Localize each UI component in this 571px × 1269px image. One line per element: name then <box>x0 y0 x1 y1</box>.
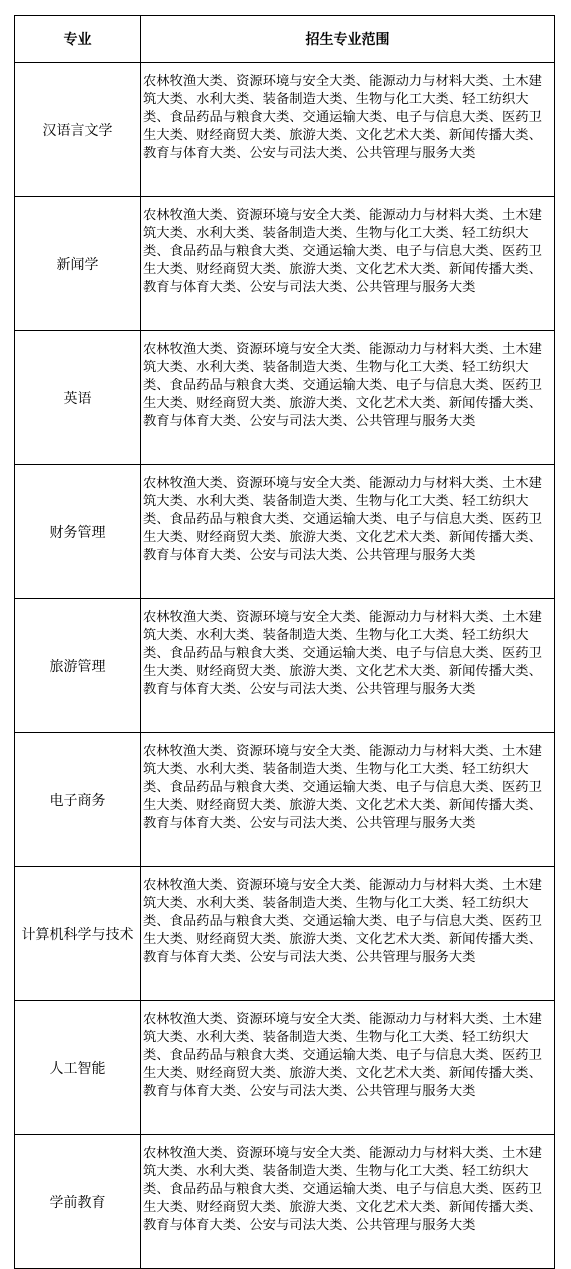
scope-cell: 农林牧渔大类、资源环境与安全大类、能源动力与材料大类、土木建筑大类、水利大类、装… <box>141 1001 555 1135</box>
table-row: 英语 农林牧渔大类、资源环境与安全大类、能源动力与材料大类、土木建筑大类、水利大… <box>15 331 555 465</box>
major-cell: 汉语言文学 <box>15 63 141 197</box>
table-row: 新闻学 农林牧渔大类、资源环境与安全大类、能源动力与材料大类、土木建筑大类、水利… <box>15 197 555 331</box>
header-scope: 招生专业范围 <box>141 16 555 63</box>
scope-cell: 农林牧渔大类、资源环境与安全大类、能源动力与材料大类、土木建筑大类、水利大类、装… <box>141 1135 555 1197</box>
scope-cell: 农林牧渔大类、资源环境与安全大类、能源动力与材料大类、土木建筑大类、水利大类、装… <box>141 599 555 733</box>
scope-cell: 农林牧渔大类、资源环境与安全大类、能源动力与材料大类、土木建筑大类、水利大类、装… <box>141 197 555 331</box>
enrollment-scope-table: 专业 招生专业范围 汉语言文学 农林牧渔大类、资源环境与安全大类、能源动力与材料… <box>14 15 555 1196</box>
scope-cell: 农林牧渔大类、资源环境与安全大类、能源动力与材料大类、土木建筑大类、水利大类、装… <box>141 63 555 197</box>
table-row: 财务管理 农林牧渔大类、资源环境与安全大类、能源动力与材料大类、土木建筑大类、水… <box>15 465 555 599</box>
scope-cell: 农林牧渔大类、资源环境与安全大类、能源动力与材料大类、土木建筑大类、水利大类、装… <box>141 733 555 867</box>
major-cell: 电子商务 <box>15 733 141 867</box>
major-cell: 英语 <box>15 331 141 465</box>
table-row: 旅游管理 农林牧渔大类、资源环境与安全大类、能源动力与材料大类、土木建筑大类、水… <box>15 599 555 733</box>
major-cell: 人工智能 <box>15 1001 141 1135</box>
scope-cell: 农林牧渔大类、资源环境与安全大类、能源动力与材料大类、土木建筑大类、水利大类、装… <box>141 331 555 465</box>
scope-cell: 农林牧渔大类、资源环境与安全大类、能源动力与材料大类、土木建筑大类、水利大类、装… <box>141 465 555 599</box>
scope-cell: 农林牧渔大类、资源环境与安全大类、能源动力与材料大类、土木建筑大类、水利大类、装… <box>141 867 555 1001</box>
major-cell: 新闻学 <box>15 197 141 331</box>
table-row: 人工智能 农林牧渔大类、资源环境与安全大类、能源动力与材料大类、土木建筑大类、水… <box>15 1001 555 1135</box>
header-major: 专业 <box>15 16 141 63</box>
table-row: 计算机科学与技术 农林牧渔大类、资源环境与安全大类、能源动力与材料大类、土木建筑… <box>15 867 555 1001</box>
major-cell: 学前教育 <box>15 1135 141 1197</box>
major-cell: 财务管理 <box>15 465 141 599</box>
table-row: 电子商务 农林牧渔大类、资源环境与安全大类、能源动力与材料大类、土木建筑大类、水… <box>15 733 555 867</box>
table-header-row: 专业 招生专业范围 <box>15 16 555 63</box>
major-cell: 旅游管理 <box>15 599 141 733</box>
major-cell: 计算机科学与技术 <box>15 867 141 1001</box>
table-row: 汉语言文学 农林牧渔大类、资源环境与安全大类、能源动力与材料大类、土木建筑大类、… <box>15 63 555 197</box>
table-row: 学前教育 农林牧渔大类、资源环境与安全大类、能源动力与材料大类、土木建筑大类、水… <box>15 1135 555 1197</box>
